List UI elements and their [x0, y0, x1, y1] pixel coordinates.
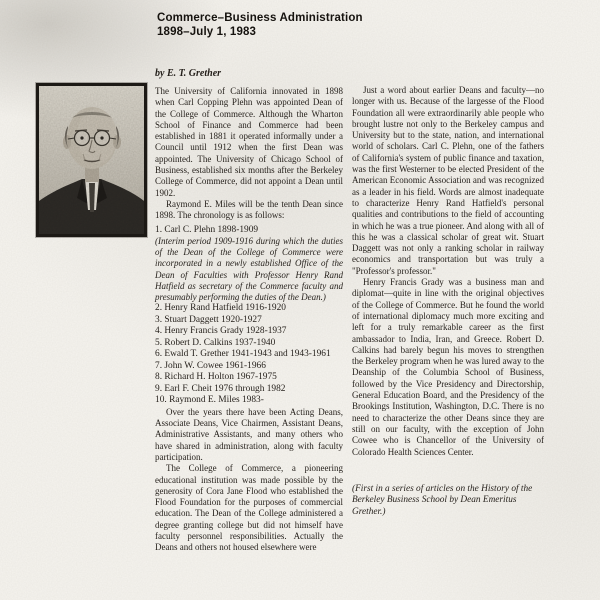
chronology-item: 2. Henry Rand Hatfield 1916-1920 [155, 303, 343, 315]
article-paragraph: The University of California innovated i… [155, 86, 343, 199]
article-paragraph: The College of Commerce, a pioneering ed… [155, 463, 343, 553]
article-title-line1: Commerce–Business Administration [157, 12, 363, 26]
chronology-item: 8. Richard H. Holton 1967-1975 [155, 372, 343, 384]
article-title-line2: 1898–July 1, 1983 [157, 26, 363, 40]
article-title: Commerce–Business Administration 1898–Ju… [157, 12, 363, 39]
article-paragraph: Henry Francis Grady was a business man a… [352, 277, 544, 458]
article-paragraph: Over the years there have been Acting De… [155, 407, 343, 463]
portrait-illustration [39, 86, 144, 234]
chronology-item: 5. Robert D. Calkins 1937-1940 [155, 338, 343, 350]
dean-portrait-photo [36, 83, 147, 237]
chronology-item: 4. Henry Francis Grady 1928-1937 [155, 326, 343, 338]
chronology-item: 3. Stuart Daggett 1920-1927 [155, 315, 343, 327]
byline: by E. T. Grether [155, 68, 343, 80]
chronology-item: 6. Ewald T. Grether 1941-1943 and 1943-1… [155, 349, 343, 361]
article-column-right: Just a word about earlier Deans and facu… [352, 85, 544, 519]
article-paragraph: Just a word about earlier Deans and facu… [352, 85, 544, 277]
chronology-item: 9. Earl F. Cheit 1976 through 1982 [155, 384, 343, 396]
article-column-left: by E. T. Grether The University of Calif… [155, 68, 343, 554]
chronology-item: 7. John W. Cowee 1961-1966 [155, 361, 343, 373]
article-paragraph: Raymond E. Miles will be the tenth Dean … [155, 199, 343, 222]
interim-period-note: (Interim period 1909-1916 during which t… [155, 236, 343, 303]
dean-chronology-list: 1. Carl C. Plehn 1898-1909 (Interim peri… [155, 225, 343, 407]
scanned-page: Commerce–Business Administration 1898–Ju… [0, 0, 600, 600]
chronology-item: 10. Raymond E. Miles 1983- [155, 395, 343, 407]
chronology-item: 1. Carl C. Plehn 1898-1909 [155, 225, 343, 237]
series-note: (First in a series of articles on the Hi… [352, 484, 544, 519]
